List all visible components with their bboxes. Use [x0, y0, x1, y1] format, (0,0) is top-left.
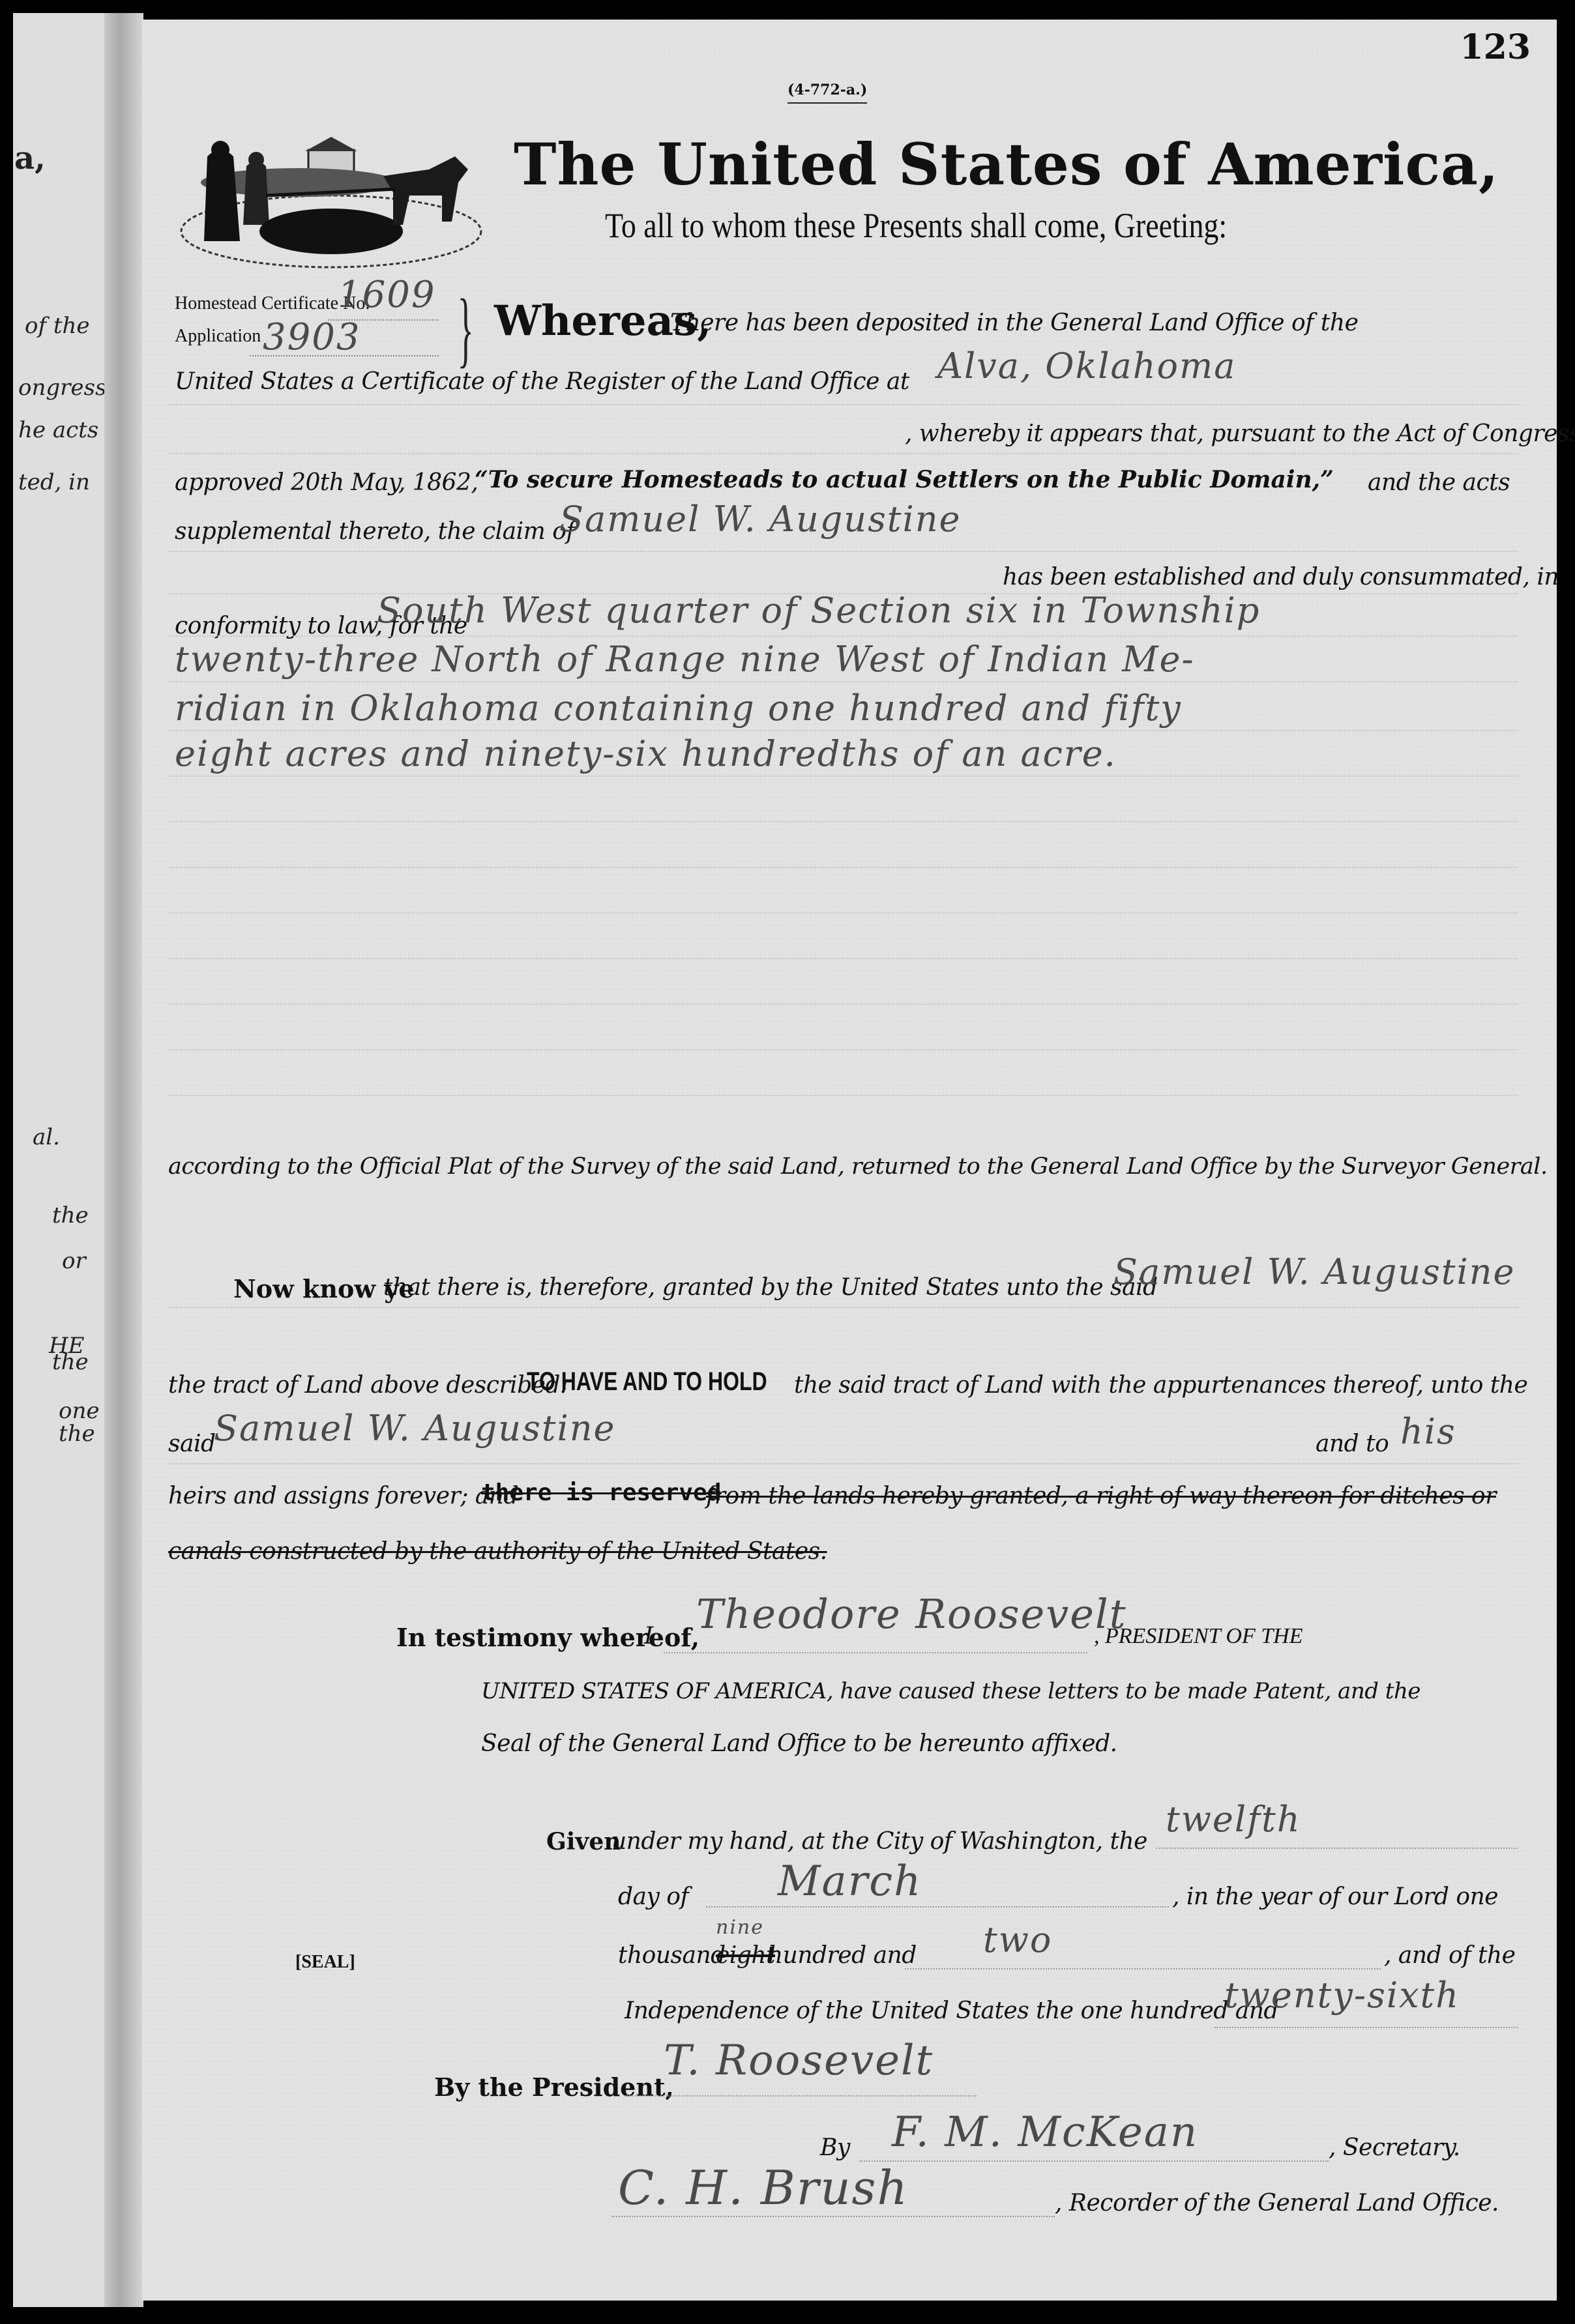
page-number: 123 — [1460, 27, 1531, 67]
recorder-signature: C. H. Brush — [618, 2160, 909, 2215]
president-signature: T. Roosevelt — [664, 2037, 934, 2085]
president-name: Theodore Roosevelt — [696, 1590, 1127, 1638]
body-line: Independence of the United States the on… — [625, 1997, 1278, 2024]
pronoun-i: I — [644, 1623, 653, 1649]
body-line: , PRESIDENT OF THE — [1094, 1624, 1303, 1649]
struck-reservation-line: from the lands hereby granted, a right o… — [706, 1483, 1496, 1509]
act-title: “To secure Homesteads to actual Settlers… — [475, 466, 1334, 493]
inserted-word: nine — [716, 1916, 764, 1939]
margin-fragment: ted, in — [18, 469, 90, 495]
day-value: twelfth — [1166, 1799, 1301, 1840]
land-description-line: South West quarter of Section six in Tow… — [377, 590, 1260, 631]
margin-fragment: the — [59, 1421, 95, 1447]
land-office-location: Alva, Oklahoma — [937, 345, 1236, 386]
body-line: heirs and assigns forever; and — [168, 1483, 518, 1509]
body-line: supplemental thereto, the claim of — [175, 518, 574, 545]
facing-page: a, of the ongress he acts ted, in al. th… — [13, 13, 112, 2307]
body-line: and the acts — [1368, 469, 1510, 496]
body-line: the said tract of Land with the appurten… — [794, 1372, 1527, 1399]
body-line: There has been deposited in the General … — [670, 310, 1358, 336]
seal-label: [SEAL] — [295, 1952, 355, 1973]
year-value: two — [983, 1919, 1052, 1960]
form-number: (4-772-a.) — [787, 81, 867, 104]
grantee-name: Samuel W. Augustine — [1113, 1251, 1516, 1292]
struck-reservation-line: canals constructed by the authority of t… — [168, 1538, 827, 1565]
in-testimony-whereof: In testimony whereof, — [396, 1623, 699, 1652]
secretary-title: , Secretary. — [1329, 2134, 1460, 2161]
book-gutter — [104, 13, 143, 2307]
body-line: said — [168, 1431, 216, 1457]
farm-harvest-engraving-icon — [168, 130, 494, 277]
homestead-certificate-number: 1609 — [338, 274, 436, 316]
land-description-line: twenty-three North of Range nine West of… — [175, 639, 1195, 680]
margin-fragment: the — [52, 1349, 89, 1375]
given-heading: Given — [546, 1828, 621, 1855]
greeting: To all to whom these Presents shall come… — [605, 205, 1227, 246]
by-the-president-label: By the President, — [434, 2072, 674, 2102]
body-line: the tract of Land above described: — [168, 1372, 568, 1399]
body-line: hundred and — [768, 1942, 917, 1969]
body-line: , whereby it appears that, pursuant to t… — [905, 420, 1575, 447]
body-line: , in the year of our Lord one — [1172, 1883, 1498, 1910]
body-line: thousand — [618, 1942, 726, 1969]
margin-fragment: ongress — [18, 375, 106, 401]
margin-fragment: one — [59, 1398, 100, 1424]
body-line: and to — [1316, 1431, 1389, 1457]
secretary-signature: F. M. McKean — [892, 2108, 1198, 2157]
body-line: that there is, therefore, granted by the… — [383, 1274, 1158, 1301]
margin-fragment: a, — [14, 140, 46, 177]
body-line: day of — [618, 1883, 688, 1910]
body-line: has been established and duly consummate… — [1003, 564, 1559, 590]
land-description-line: eight acres and ninety-six hundredths of… — [175, 733, 1117, 774]
claimant-name: Samuel W. Augustine — [559, 499, 962, 540]
margin-fragment: or — [62, 1248, 86, 1274]
application-number: 3903 — [263, 316, 361, 358]
body-line: , and of the — [1384, 1942, 1515, 1969]
margin-fragment: the — [52, 1202, 89, 1228]
brace: } — [458, 280, 474, 378]
body-line: UNITED STATES OF AMERICA, have caused th… — [481, 1678, 1420, 1704]
margin-fragment: of the — [25, 313, 90, 339]
body-line: United States a Certificate of the Regis… — [175, 368, 909, 395]
land-patent-page: 123 (4-772-a.) The United States of Amer… — [142, 20, 1557, 2301]
body-line: approved 20th May, 1862, — [175, 469, 478, 496]
body-line: By — [820, 2134, 850, 2161]
land-description-line: ridian in Oklahoma containing one hundre… — [175, 688, 1182, 729]
grantee-pronoun: his — [1400, 1411, 1456, 1452]
document-title: The United States of America, — [514, 130, 1499, 198]
month-value: March — [778, 1857, 922, 1906]
margin-fragment: al. — [33, 1124, 60, 1150]
body-line: Seal of the General Land Office to be he… — [481, 1730, 1117, 1757]
independence-year-value: twenty-sixth — [1224, 1975, 1460, 2016]
body-line: under my hand, at the City of Washington… — [611, 1828, 1147, 1855]
recorder-title: , Recorder of the General Land Office. — [1055, 2190, 1499, 2216]
habendum-clause: TO HAVE AND TO HOLD — [527, 1367, 767, 1397]
reservation-clause: there is reserved — [481, 1479, 721, 1506]
application-label: Application — [175, 326, 261, 347]
margin-fragment: he acts — [18, 417, 98, 443]
struck-word: eight — [716, 1942, 775, 1969]
grantee-name: Samuel W. Augustine — [214, 1408, 616, 1449]
survey-line: according to the Official Plat of the Su… — [168, 1154, 1548, 1180]
